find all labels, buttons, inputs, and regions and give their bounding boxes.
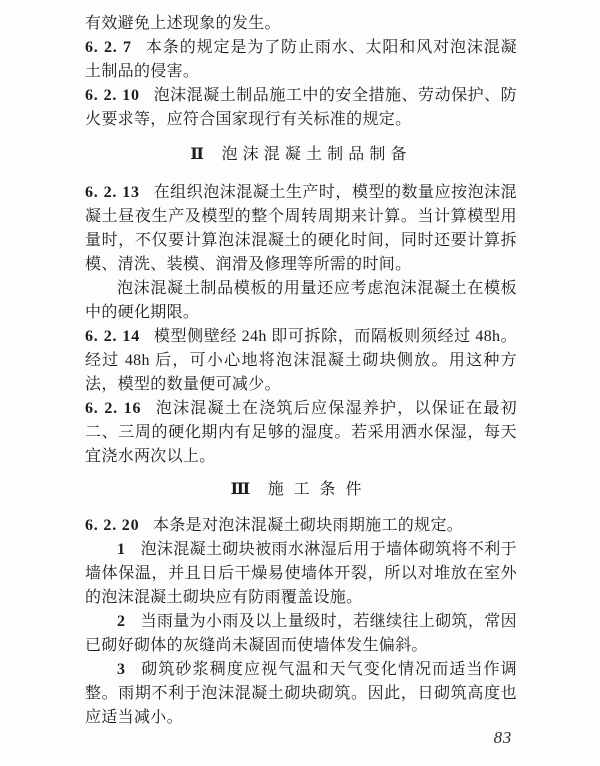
paragraph-intro-continuation: 有效避免上述现象的发生。	[85, 12, 517, 36]
sub-item-1: 1泡沫混凝土砌块被雨水淋湿后用于墙体砌筑将不利于墙体保温，并且日后干燥易使墙体开…	[85, 538, 517, 610]
clause-text: 本条是对泡沫混凝土砌块雨期施工的规定。	[153, 517, 463, 534]
clause-number: 6. 2. 16	[85, 400, 141, 417]
text-column: 有效避免上述现象的发生。 6. 2. 7本条的规定是为了防止雨水、太阳和风对泡沫…	[85, 12, 517, 730]
clause-number: 6. 2. 20	[85, 517, 139, 534]
item-number: 1	[117, 541, 125, 558]
clause-6-2-20: 6. 2. 20本条是对泡沫混凝土砌块雨期施工的规定。	[85, 514, 517, 538]
clause-text: 在组织泡沫混凝土生产时，模型的数量应按泡沫混凝土昼夜生产及模型的整个周转周期来计…	[85, 184, 517, 273]
item-number: 3	[117, 661, 125, 678]
section-title: 泡沫混凝土制品制备	[221, 146, 411, 163]
item-text: 泡沫混凝土砌块被雨水淋湿后用于墙体砌筑将不利于墙体保温，并且日后干燥易使墙体开裂…	[85, 541, 517, 606]
sub-item-3: 3砌筑砂浆稠度应视气温和天气变化情况而适当作调整。雨期不利于泡沫混凝土砌块砌筑。…	[85, 658, 517, 730]
sub-item-2: 2当雨量为小雨及以上量级时，若继续往上砌筑，常因已砌好砌体的灰缝尚未凝固而使墙体…	[85, 610, 517, 658]
section-heading-3: Ⅲ施工条件	[85, 477, 517, 502]
section-heading-2: Ⅱ泡沫混凝土制品制备	[85, 142, 517, 167]
section-numeral: Ⅱ	[190, 144, 203, 163]
clause-6-2-7: 6. 2. 7本条的规定是为了防止雨水、太阳和风对泡沫混凝土制品的侵害。	[85, 36, 517, 84]
clause-number: 6. 2. 13	[85, 184, 140, 201]
clause-text: 模型侧壁经 24h 即可拆除，而隔板则须经过 48h。经过 48h 后，可小心地…	[85, 328, 517, 393]
item-number: 2	[117, 613, 125, 630]
clause-text: 泡沫混凝土在浇筑后应保湿养护，以保证在最初二、三周的硬化期内有足够的湿度。若采用…	[85, 400, 517, 465]
item-text: 当雨量为小雨及以上量级时，若继续往上砌筑，常因已砌好砌体的灰缝尚未凝固而使墙体发…	[85, 613, 517, 654]
clause-text: 泡沫混凝土制品施工中的安全措施、劳动保护、防火要求等，应符合国家现行有关标准的规…	[85, 87, 517, 128]
clause-6-2-16: 6. 2. 16泡沫混凝土在浇筑后应保湿养护，以保证在最初二、三周的硬化期内有足…	[85, 397, 517, 469]
item-text: 砌筑砂浆稠度应视气温和天气变化情况而适当作调整。雨期不利于泡沫混凝土砌块砌筑。因…	[85, 661, 517, 726]
clause-6-2-13: 6. 2. 13在组织泡沫混凝土生产时，模型的数量应按泡沫混凝土昼夜生产及模型的…	[85, 181, 517, 277]
clause-6-2-10: 6. 2. 10泡沫混凝土制品施工中的安全措施、劳动保护、防火要求等，应符合国家…	[85, 84, 517, 132]
section-title: 施工条件	[268, 481, 372, 498]
clause-6-2-14: 6. 2. 14模型侧壁经 24h 即可拆除，而隔板则须经过 48h。经过 48…	[85, 325, 517, 397]
section-numeral: Ⅲ	[231, 479, 250, 498]
clause-number: 6. 2. 14	[85, 328, 140, 345]
page-number: 83	[494, 728, 512, 748]
clause-number: 6. 2. 7	[85, 39, 132, 56]
document-page: 有效避免上述现象的发生。 6. 2. 7本条的规定是为了防止雨水、太阳和风对泡沫…	[0, 0, 600, 766]
paragraph-formwork-usage: 泡沫混凝土制品模板的用量还应考虑泡沫混凝土在模板中的硬化期限。	[85, 277, 517, 325]
clause-number: 6. 2. 10	[85, 87, 140, 104]
clause-text: 本条的规定是为了防止雨水、太阳和风对泡沫混凝土制品的侵害。	[85, 39, 517, 80]
